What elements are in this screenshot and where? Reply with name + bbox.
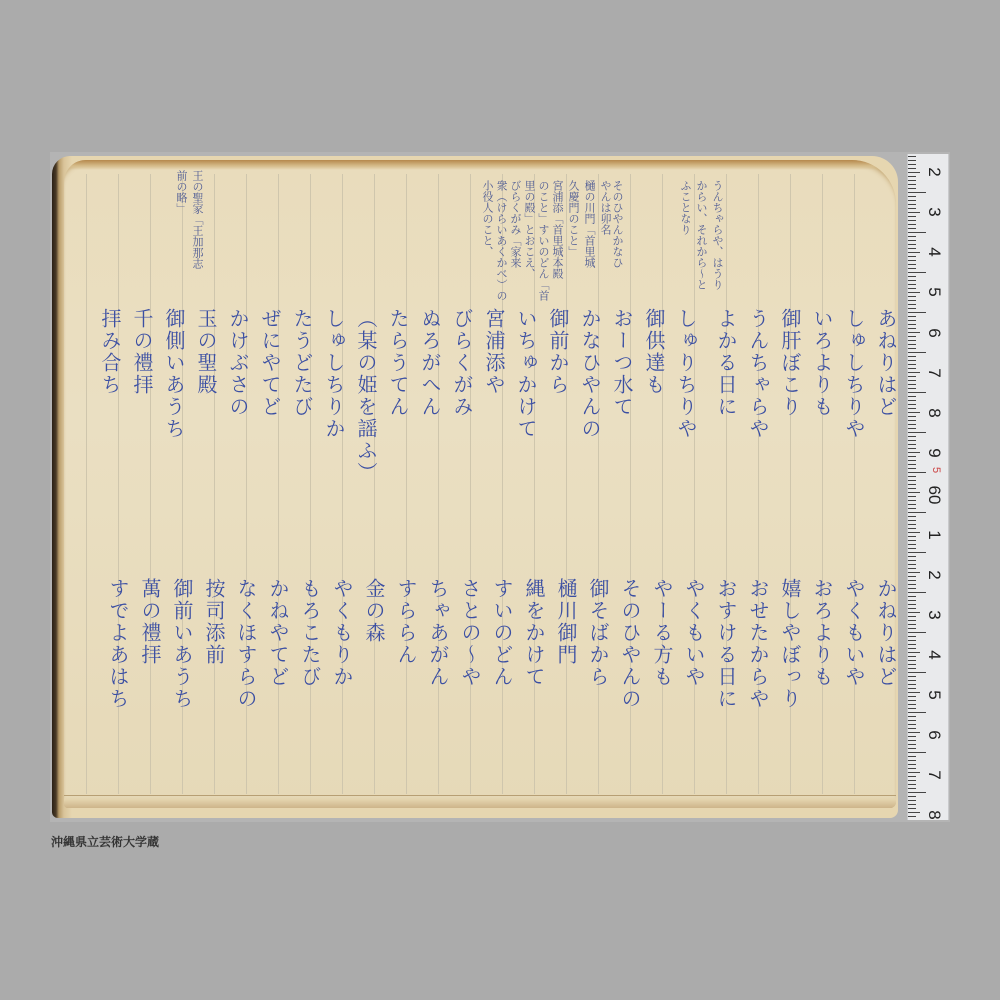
ruler-tick <box>908 236 916 237</box>
ruler-tick <box>908 552 926 553</box>
ruler-tick <box>908 524 916 525</box>
ruler-tick <box>908 676 916 677</box>
verse-line: あねりはど <box>876 308 896 418</box>
ruler-number: 5 <box>924 685 944 705</box>
verse-line: 御前いあうち <box>172 578 192 710</box>
verse-line: しゅしちりか <box>324 308 344 440</box>
ruler-number: 3 <box>924 605 944 625</box>
ruler-tick <box>908 376 916 377</box>
ruler-number: 8 <box>924 403 944 423</box>
measuring-ruler: 2345678960123456785 <box>907 154 949 820</box>
ruler-tick <box>908 244 916 245</box>
ruler-tick <box>908 460 916 461</box>
ruler-number: 1 <box>924 525 944 545</box>
ruler-number: 7 <box>924 765 944 785</box>
ruler-tick <box>908 472 926 473</box>
ruler-tick <box>908 744 916 745</box>
verse-line: うんちゃらや <box>748 308 768 440</box>
ruler-tick <box>908 560 916 561</box>
verse-line: やくもりか <box>332 578 352 688</box>
verse-line: しゅしちりや <box>844 308 864 440</box>
ruler-tick <box>908 756 916 757</box>
ruler-tick <box>908 380 916 381</box>
notebook-page: あねりはどしゅしちりやいろよりも御肝ぼこりうんちゃらやよかる日にしゅりちりや御供… <box>64 160 896 808</box>
ruler-tick <box>908 632 926 633</box>
ruler-tick <box>908 556 916 557</box>
ruler-tick <box>908 400 916 401</box>
ruler-tick <box>908 580 916 581</box>
ruler-tick <box>908 372 920 373</box>
verse-line: 御供達も <box>644 308 664 396</box>
ruler-red-mark: 5 <box>930 460 942 480</box>
ruler-tick <box>908 416 916 417</box>
margin-note: やんは卯名 <box>600 180 611 235</box>
ruled-line <box>214 174 215 794</box>
ruler-tick <box>908 712 926 713</box>
ruler-tick <box>908 388 916 389</box>
verse-line: やくもいや <box>684 578 704 688</box>
verse-line: 宮浦添や <box>484 308 504 396</box>
ruler-tick <box>908 272 926 273</box>
ruler-tick <box>908 280 916 281</box>
ruler-tick <box>908 444 916 445</box>
ruler-tick <box>908 576 916 577</box>
page-bottom-edge <box>64 795 896 808</box>
ruler-tick <box>908 288 916 289</box>
ruler-tick <box>908 660 916 661</box>
ruler-tick <box>908 668 916 669</box>
verse-line: さとの～や <box>460 578 480 688</box>
ruled-line <box>822 174 823 794</box>
ruler-tick <box>908 584 916 585</box>
ruler-tick <box>908 440 916 441</box>
ruler-tick <box>908 368 916 369</box>
ruler-tick <box>908 320 916 321</box>
ruler-tick <box>908 724 916 725</box>
ruler-tick <box>908 508 916 509</box>
ruler-tick <box>908 612 920 613</box>
ruler-tick <box>908 520 916 521</box>
verse-line: やくもいや <box>844 578 864 688</box>
verse-line: いちゅかけて <box>516 308 536 440</box>
verse-line: おせたからや <box>748 578 768 710</box>
ruler-tick <box>908 404 916 405</box>
ruled-line <box>278 174 279 794</box>
margin-note: 宮浦添「首里城本殿 <box>552 180 563 279</box>
verse-line: （某の姫を謡ふ） <box>356 308 376 484</box>
ruler-tick <box>908 528 916 529</box>
ruler-tick <box>908 276 916 277</box>
ruler-number: 7 <box>924 363 944 383</box>
ruler-tick <box>908 804 916 805</box>
ruler-tick <box>908 336 916 337</box>
ruler-tick <box>908 516 916 517</box>
ruler-number: 5 <box>924 282 944 302</box>
ruler-number: 60 <box>924 485 944 505</box>
ruler-tick <box>908 568 916 569</box>
ruler-tick <box>908 344 916 345</box>
ruler-tick <box>908 228 916 229</box>
verse-line: いろよりも <box>812 308 832 418</box>
ruler-tick <box>908 816 916 817</box>
ruler-tick <box>908 484 916 485</box>
ruler-tick <box>908 292 920 293</box>
verse-line: びらくがみ <box>452 308 472 418</box>
margin-note: 前の略」 <box>176 170 187 214</box>
verse-line: かねやてど <box>268 578 288 688</box>
ruler-tick <box>908 172 920 173</box>
ruler-tick <box>908 300 916 301</box>
ruler-tick <box>908 544 916 545</box>
ruler-tick <box>908 192 926 193</box>
ruler-tick <box>908 428 916 429</box>
ruler-tick <box>908 504 916 505</box>
verse-line: そのひやんの <box>620 578 640 710</box>
ruler-tick <box>908 340 916 341</box>
ruled-line <box>598 174 599 794</box>
verse-line: おーつ水て <box>612 308 632 418</box>
ruled-line <box>374 174 375 794</box>
verse-line: たうどたび <box>292 308 312 418</box>
margin-note: からい、それから～と <box>696 180 707 290</box>
margin-note: 樋の川門「首里城 <box>584 180 595 268</box>
ruler-tick <box>908 696 916 697</box>
verse-line: 御前から <box>548 308 568 396</box>
ruler-tick <box>908 500 916 501</box>
verse-line: 御側いあうち <box>164 308 184 440</box>
margin-note: 里の殿」とおこえ、 <box>524 180 535 279</box>
ruler-tick <box>908 348 916 349</box>
verse-line: やーる方も <box>652 578 672 688</box>
ruler-tick <box>908 200 916 201</box>
ruler-tick <box>908 628 916 629</box>
ruler-tick <box>908 448 916 449</box>
ruler-tick <box>908 540 916 541</box>
ruler-tick <box>908 704 916 705</box>
ruler-tick <box>908 352 926 353</box>
ruler-tick <box>908 780 916 781</box>
ruler-tick <box>908 644 916 645</box>
ruler-tick <box>908 208 916 209</box>
ruler-tick <box>908 456 916 457</box>
collection-caption: 沖縄県立芸術大学蔵 <box>51 833 159 850</box>
ruler-tick <box>908 752 926 753</box>
ruler-tick <box>908 264 916 265</box>
verse-line: ぬろがへん <box>420 308 440 418</box>
ruled-line <box>470 174 471 794</box>
verse-line: すららん <box>396 578 416 666</box>
ruler-tick <box>908 296 916 297</box>
ruler-tick <box>908 652 920 653</box>
ruler-tick <box>908 784 916 785</box>
verse-line: 御肝ぼこり <box>780 308 800 418</box>
ruler-tick <box>908 260 916 261</box>
ruler-number: 8 <box>924 805 944 825</box>
margin-note: 衆（けらいあくかべ）の <box>496 180 507 301</box>
ruler-tick <box>908 304 916 305</box>
ruler-tick <box>908 760 916 761</box>
ruler-tick <box>908 736 916 737</box>
ruler-tick <box>908 620 916 621</box>
ruler-tick <box>908 156 916 157</box>
ruler-tick <box>908 740 916 741</box>
ruled-line <box>86 174 87 794</box>
ruler-tick <box>908 592 926 593</box>
ruler-number: 4 <box>924 242 944 262</box>
ruler-tick <box>908 692 920 693</box>
ruler-tick <box>908 492 920 493</box>
ruler-tick <box>908 624 916 625</box>
ruler-tick <box>908 796 916 797</box>
ruler-tick <box>908 488 916 489</box>
ruler-tick <box>908 616 916 617</box>
verse-line: 嬉しやぼっり <box>780 578 800 710</box>
ruler-number: 2 <box>924 162 944 182</box>
ruler-tick <box>908 512 926 513</box>
verse-line: 縄をかけて <box>524 578 544 688</box>
ruler-tick <box>908 392 926 393</box>
margin-note: うんちゃらや、はうり <box>712 180 723 290</box>
ruler-tick <box>908 596 916 597</box>
ruler-tick <box>908 464 916 465</box>
ruler-tick <box>908 716 916 717</box>
verse-line: 拝み合ち <box>100 308 120 396</box>
verse-line: 萬の禮拝 <box>140 578 160 666</box>
ruler-number: 3 <box>924 202 944 222</box>
ruler-tick <box>908 332 920 333</box>
ruler-tick <box>908 164 916 165</box>
margin-note: ふことなり <box>680 180 691 235</box>
ruler-tick <box>908 224 916 225</box>
margin-note: 小役人のこと、 <box>482 180 493 257</box>
ruler-tick <box>908 688 916 689</box>
ruler-tick <box>908 480 916 481</box>
ruler-tick <box>908 700 916 701</box>
margin-note: そのひやんかなひ <box>612 180 623 268</box>
ruler-tick <box>908 748 916 749</box>
ruler-tick <box>908 220 916 221</box>
ruler-tick <box>908 232 926 233</box>
ruler-tick <box>908 452 920 453</box>
ruler-tick <box>908 792 926 793</box>
ruler-tick <box>908 600 916 601</box>
ruler-tick <box>908 664 916 665</box>
ruler-number: 6 <box>924 323 944 343</box>
ruler-tick <box>908 328 916 329</box>
ruler-tick <box>908 188 916 189</box>
ruler-tick <box>908 548 916 549</box>
margin-note: のこと」すいのどん「首 <box>538 180 549 301</box>
verse-line: かけぶさの <box>228 308 248 418</box>
ruler-tick <box>908 308 916 309</box>
ruler-tick <box>908 764 916 765</box>
verse-line: すいのどん <box>492 578 512 688</box>
ruled-line <box>566 174 567 794</box>
ruler-tick <box>908 176 916 177</box>
ruler-tick <box>908 672 926 673</box>
ruler-tick <box>908 248 916 249</box>
ruler-number: 4 <box>924 645 944 665</box>
ruler-tick <box>908 496 916 497</box>
ruler-tick <box>908 564 916 565</box>
ruled-line <box>150 174 151 794</box>
ruler-tick <box>908 680 916 681</box>
ruler-tick <box>908 364 916 365</box>
ruler-tick <box>908 408 916 409</box>
margin-note: びらくがみ「家来 <box>510 180 521 268</box>
verse-line: 玉の聖殿 <box>196 308 216 396</box>
ruler-tick <box>908 160 916 161</box>
ruler-tick <box>908 808 916 809</box>
ruler-number: 2 <box>924 565 944 585</box>
verse-line: 金の森 <box>364 578 384 644</box>
verse-line: よかる日に <box>716 308 736 418</box>
verse-line: ぜにやてど <box>260 308 280 418</box>
ruler-tick <box>908 212 920 213</box>
verse-line: 樋川御門 <box>556 578 576 666</box>
ruler-tick <box>908 708 916 709</box>
ruler-tick <box>908 476 916 477</box>
ruler-tick <box>908 532 920 533</box>
ruler-tick <box>908 204 916 205</box>
ruler-tick <box>908 412 920 413</box>
ruler-tick <box>908 768 916 769</box>
ruler-tick <box>908 640 916 641</box>
verse-line: かなひやんの <box>580 308 600 440</box>
ruler-tick <box>908 184 916 185</box>
ruler-tick <box>908 360 916 361</box>
ruled-line <box>310 174 311 794</box>
ruler-tick <box>908 396 916 397</box>
ruled-line <box>342 174 343 794</box>
ruler-tick <box>908 356 916 357</box>
ruler-tick <box>908 180 916 181</box>
ruler-tick <box>908 728 916 729</box>
page-top-edge <box>64 160 896 170</box>
ruler-tick <box>908 424 916 425</box>
ruler-tick <box>908 268 916 269</box>
ruler-tick <box>908 536 916 537</box>
ruled-line <box>662 174 663 794</box>
ruled-line <box>406 174 407 794</box>
verse-line: なくほすらの <box>236 578 256 710</box>
ruler-tick <box>908 608 916 609</box>
ruler-tick <box>908 772 920 773</box>
verse-line: 按司添前 <box>204 578 224 666</box>
ruler-tick <box>908 196 916 197</box>
verse-line: たらうてん <box>388 308 408 418</box>
ruler-tick <box>908 636 916 637</box>
ruler-tick <box>908 168 916 169</box>
ruler-tick <box>908 776 916 777</box>
ruler-tick <box>908 720 916 721</box>
verse-line: 千の禮拝 <box>132 308 152 396</box>
ruler-tick <box>908 284 916 285</box>
verse-line: しゅりちりや <box>676 308 696 440</box>
ruler-tick <box>908 812 920 813</box>
ruler-tick <box>908 316 916 317</box>
ruler-tick <box>908 252 920 253</box>
ruler-tick <box>908 788 916 789</box>
verse-line: おろよりも <box>812 578 832 688</box>
ruler-tick <box>908 604 916 605</box>
ruler-tick <box>908 324 916 325</box>
verse-line: おすける日に <box>716 578 736 710</box>
verse-line: 御そばから <box>588 578 608 688</box>
ruler-tick <box>908 572 920 573</box>
ruler-tick <box>908 256 916 257</box>
ruler-tick <box>908 312 926 313</box>
ruler-number: 6 <box>924 725 944 745</box>
ruled-line <box>438 174 439 794</box>
ruler-tick <box>908 216 916 217</box>
margin-note: 王の聖家「王加那志 <box>192 170 203 269</box>
verse-line: もろこたび <box>300 578 320 688</box>
margin-note: 久慶門のこと」 <box>568 180 579 257</box>
ruler-tick <box>908 732 920 733</box>
ruler-tick <box>908 420 916 421</box>
verse-line: ちゃあがん <box>428 578 448 688</box>
verse-line: かねりはど <box>876 578 896 688</box>
ruler-tick <box>908 468 916 469</box>
ruler-tick <box>908 588 916 589</box>
ruler-tick <box>908 684 916 685</box>
ruler-tick <box>908 384 916 385</box>
ruler-tick <box>908 800 916 801</box>
ruler-tick <box>908 656 916 657</box>
ruler-tick <box>908 240 916 241</box>
ruler-tick <box>908 436 916 437</box>
ruler-tick <box>908 432 926 433</box>
ruler-tick <box>908 648 916 649</box>
ruled-line <box>854 174 855 794</box>
verse-line: すでよあはち <box>108 578 128 710</box>
